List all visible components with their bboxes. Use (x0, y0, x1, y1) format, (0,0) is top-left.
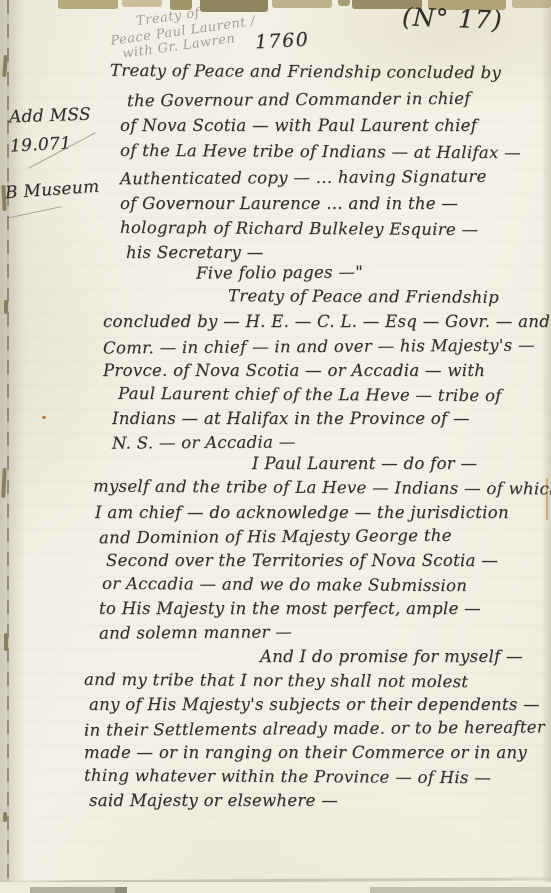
manuscript-line: Treaty of Peace and Friendship (228, 286, 499, 310)
manuscript-line: of Nova Scotia — with Paul Laurent chief (120, 116, 477, 138)
manuscript-line: Paul Laurent chief of the La Heve — trib… (118, 384, 502, 408)
manuscript-scan: Treaty of Peace Paul Laurent / with Gr. … (0, 0, 551, 893)
manuscript-line: Second over the Territories of Nova Scot… (106, 551, 498, 573)
binding-gutter (0, 0, 30, 893)
manuscript-line: Authenticated copy — ... having Signatur… (120, 167, 487, 192)
manuscript-line: Indians — at Halifax in the Province of … (112, 409, 470, 431)
shelfmark-line2: 19.071 (10, 133, 72, 156)
manuscript-line: to His Majesty in the most perfect, ampl… (99, 599, 481, 621)
manuscript-line: said Majesty or elsewhere — (89, 791, 338, 813)
next-page-strip (0, 882, 551, 893)
manuscript-line: of the La Heve tribe of Indians — at Hal… (120, 141, 521, 165)
scan-background-fragment (115, 887, 127, 893)
binding-line (7, 0, 9, 893)
manuscript-line: and Dominion of His Majesty George the (99, 526, 452, 550)
manuscript-line: or Accadia — and we do make Submission (102, 574, 467, 598)
manuscript-line: I am chief — do acknowledge — the jurisd… (95, 503, 509, 525)
manuscript-line: N. S. — or Accadia — (112, 432, 296, 455)
year-annotation: 1760 (254, 29, 309, 54)
torn-edge-fragment (338, 0, 350, 6)
manuscript-line: holograph of Richard Bulkeley Esquire — (120, 218, 478, 242)
manuscript-line: Provce. of Nova Scotia — or Accadia — wi… (103, 361, 485, 383)
binding-stitch (4, 300, 8, 314)
manuscript-line: in their Settlements already made. or to… (84, 717, 551, 742)
torn-edge-fragment (58, 0, 118, 9)
manuscript-line: Five folio pages —" (196, 262, 363, 285)
shelfmark-line1: Add MSS (9, 105, 92, 128)
torn-edge-fragment (272, 0, 332, 8)
torn-edge-fragment (200, 0, 268, 12)
manuscript-line: and my tribe that I nor they shall not m… (84, 670, 468, 694)
manuscript-line: thing whatever within the Province — of … (84, 766, 491, 790)
manuscript-line: concluded by — H. E. — C. L. — Esq — Gov… (103, 312, 550, 334)
manuscript-line: any of His Majesty's subjects or their d… (89, 695, 540, 717)
folio-number: (N° 17) (402, 2, 504, 34)
torn-edge-fragment (122, 0, 162, 7)
manuscript-line: of Governour Laurence ... and in the — (120, 194, 458, 216)
manuscript-line: myself and the tribe of La Heve — Indian… (93, 477, 551, 502)
binding-stitch (3, 812, 7, 822)
manuscript-line: Comr. — in chief — in and over — his Maj… (103, 335, 535, 360)
scan-background-fragment (370, 887, 551, 893)
manuscript-line: Treaty of Peace and Friendship concluded… (110, 61, 501, 85)
manuscript-line: I Paul Laurent — do for — (252, 454, 477, 476)
foxing-speck (42, 416, 46, 419)
page-right-edge (541, 0, 551, 893)
binding-stitch (4, 633, 8, 651)
manuscript-line: made — or in ranging on their Commerce o… (84, 743, 527, 765)
manuscript-line: his Secretary — (126, 243, 264, 265)
manuscript-line: the Governour and Commander in chief (127, 89, 471, 113)
scan-background-fragment (30, 887, 115, 893)
manuscript-line: and solemn manner — (99, 622, 292, 645)
manuscript-line: And I do promise for myself — (260, 647, 523, 669)
